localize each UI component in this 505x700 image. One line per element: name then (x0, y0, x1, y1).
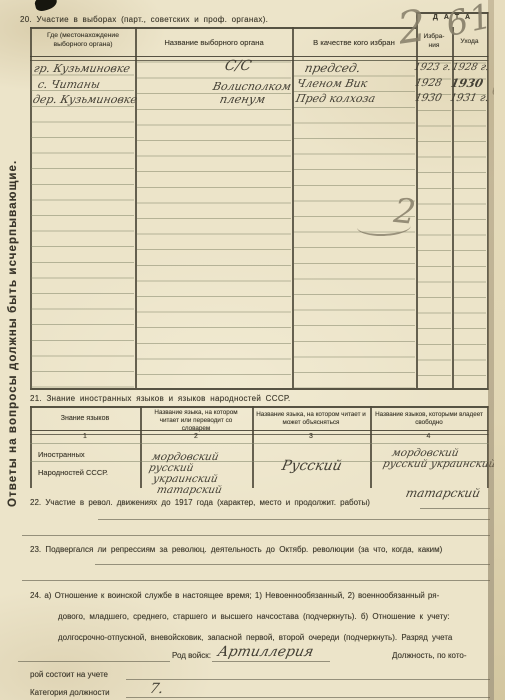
table20-header-place: Где (местонахождение выборного органа) (33, 32, 133, 50)
dolzhnost-label: Должность, по кото- (392, 651, 467, 660)
languages-speak-value: Русский (280, 458, 343, 474)
adjacent-page-edge (494, 0, 505, 700)
table20-header-organ: Название выборного органа (140, 38, 288, 47)
section23-answer-line2 (22, 580, 490, 581)
table20-row3-role: Пред колхоза (295, 92, 377, 105)
section24-line2: дового, младшего, среднего, старшего и в… (58, 612, 450, 621)
table20-bottom-border (30, 388, 489, 390)
rod-voysk-lead-line (18, 661, 170, 662)
languages-fluent-line2: русский украинский (382, 458, 497, 470)
rod-voysk-label: Род войск: (172, 651, 211, 660)
kategoria-label: Категория должности (30, 688, 110, 697)
table21-colnum-1: 1 (32, 433, 138, 440)
table21-colnum-3: 3 (254, 433, 368, 440)
kategoria-answer-line (126, 697, 490, 698)
table20-row1-place: гр. Кузьминовке (33, 62, 132, 75)
table20-top-border (30, 27, 416, 29)
section20-title: 20. Участие в выборах (парт., советских … (20, 15, 268, 24)
section23-title: 23. Подвергался ли репрессиям за революц… (30, 545, 442, 554)
table21-header-3: Название языка, на котором читает и може… (256, 411, 366, 427)
table20-row1-left: 1928 г. (451, 62, 490, 73)
section22-title: 22. Участие в револ. движениях до 1917 г… (30, 498, 370, 507)
table21-row1-label: Иностранных (38, 450, 85, 459)
table20-row2-elected: 1928 (414, 77, 443, 89)
table20-row3-left: 1931 г. (449, 92, 490, 104)
section23-answer-line1 (95, 564, 490, 565)
questionnaire-page: Ответы на вопросы должны быть исчерпываю… (0, 0, 505, 700)
languages-fluent-line3: татарский (405, 486, 482, 500)
section22-answer-line1 (98, 519, 490, 520)
table20-row3-elected: 1930 (414, 92, 443, 104)
rod-voysk-underline (212, 661, 330, 662)
table21-numbers-underline (30, 443, 489, 444)
section24-line1: 24. а) Отношение к воинской службе в нас… (30, 591, 439, 600)
section22-title-line (420, 508, 490, 509)
table20-header-role: В качестве кого избран (296, 38, 412, 47)
table21-row2-label: Народностей СССР. (38, 468, 108, 477)
table21-colnum-2: 2 (142, 433, 250, 440)
table21-header-1: Знание языков (32, 415, 138, 422)
pencil-mark-top: 2 (395, 0, 430, 54)
table20-row2-place: с. Читаны (37, 78, 102, 91)
table20-row3-organ: пленум (219, 92, 267, 106)
table20-rules-col2 (137, 60, 291, 388)
margin-note-text: Ответы на вопросы должны быть исчерпываю… (7, 160, 19, 507)
table21-top-border (30, 406, 489, 408)
table20-row2-role: Членом Вик (296, 77, 369, 90)
table21-divider-3 (370, 406, 372, 488)
kategoria-value: 7. (148, 681, 165, 697)
margin-note: Ответы на вопросы должны быть исчерпываю… (3, 160, 21, 507)
rod-voysk-value: Артиллерия (216, 644, 315, 660)
table20-row1-organ: С/С (223, 58, 253, 74)
table20-row1-elected: 1923 г. (413, 62, 452, 73)
table20-row1-role: председ. (304, 61, 362, 75)
section24-line3: долгосрочно-отпускной, вневойсковик, зап… (58, 633, 452, 642)
table21-colnum-4: 4 (372, 433, 485, 440)
uchet-label: рой состоит на учете (30, 670, 108, 679)
languages-dict-line4: татарский (156, 484, 223, 496)
table21-divider-1 (140, 406, 142, 488)
table21-divider-2 (252, 406, 254, 488)
section22-answer-line2 (22, 535, 490, 536)
table20-row3-place: дер. Кузьминовке (32, 93, 139, 106)
uchet-answer-line (126, 679, 490, 680)
table20-rules-col4 (418, 60, 451, 388)
ink-blot (34, 0, 59, 12)
table20-row2-left: 1930 (450, 76, 485, 90)
table20-rules-col5 (454, 60, 486, 388)
section21-title: 21. Знание иностранных языков и языков н… (30, 394, 291, 403)
table21-header-4: Название языков, которыми владеет свобод… (374, 411, 484, 427)
table20-rules-col1 (31, 60, 134, 388)
